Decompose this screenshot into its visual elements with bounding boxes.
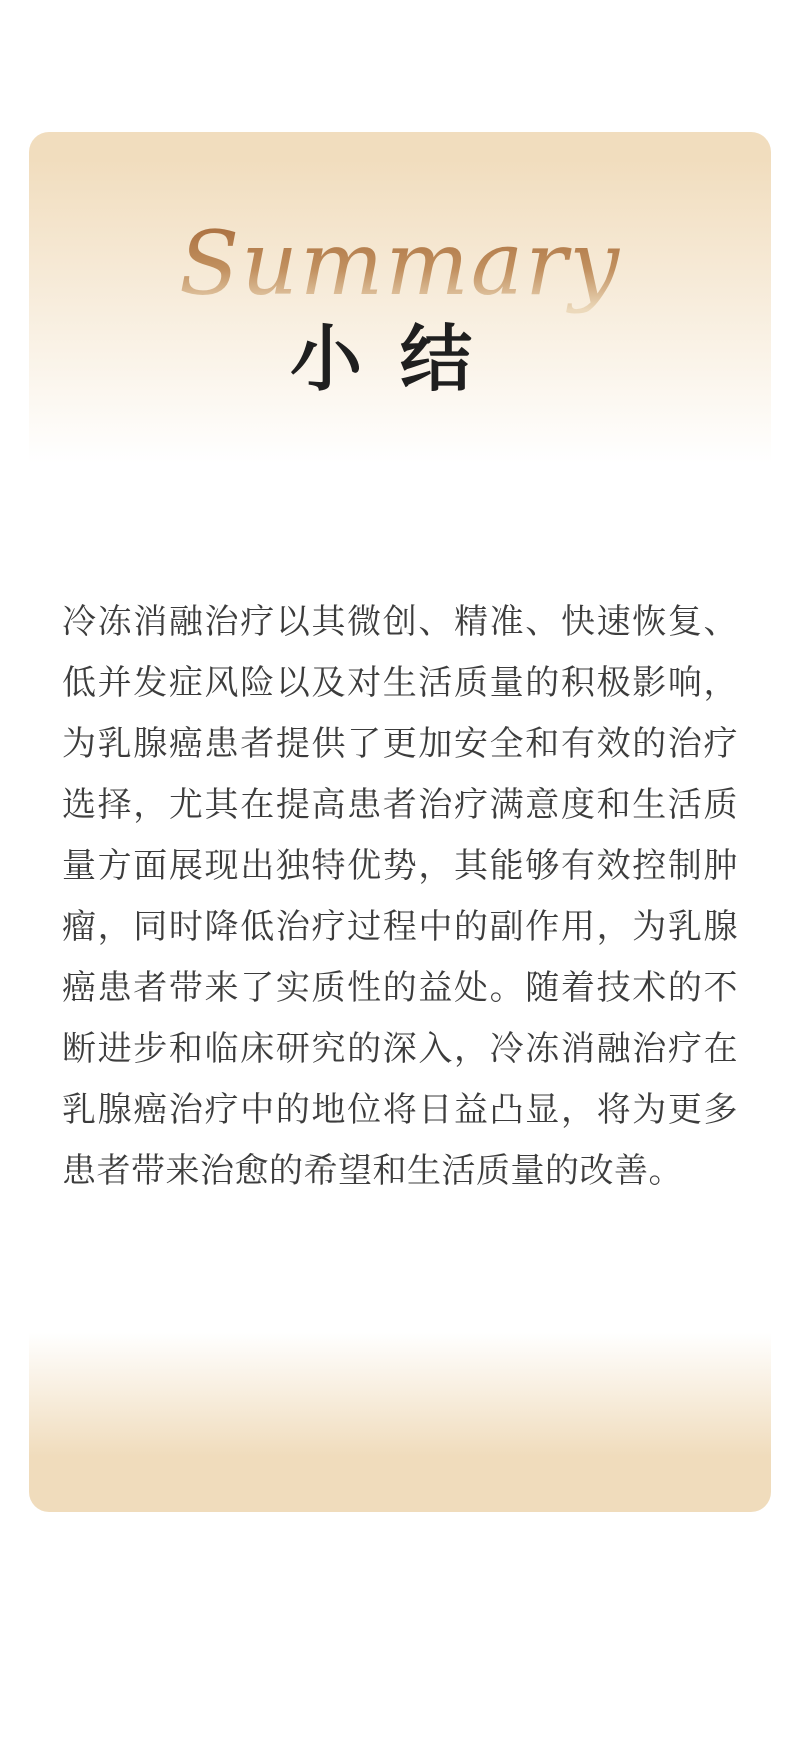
page: Summary 小结 冷冻消融治疗以其微创、精准、快速恢复、低并发症风险以及对生… — [0, 0, 800, 1740]
summary-script-title: Summary — [29, 214, 771, 314]
summary-paragraph: 冷冻消融治疗以其微创、精准、快速恢复、低并发症风险以及对生活质量的积极影响，为乳… — [62, 592, 738, 1202]
section-title: 小结 — [29, 318, 771, 402]
summary-card: Summary 小结 冷冻消融治疗以其微创、精准、快速恢复、低并发症风险以及对生… — [29, 132, 771, 1512]
